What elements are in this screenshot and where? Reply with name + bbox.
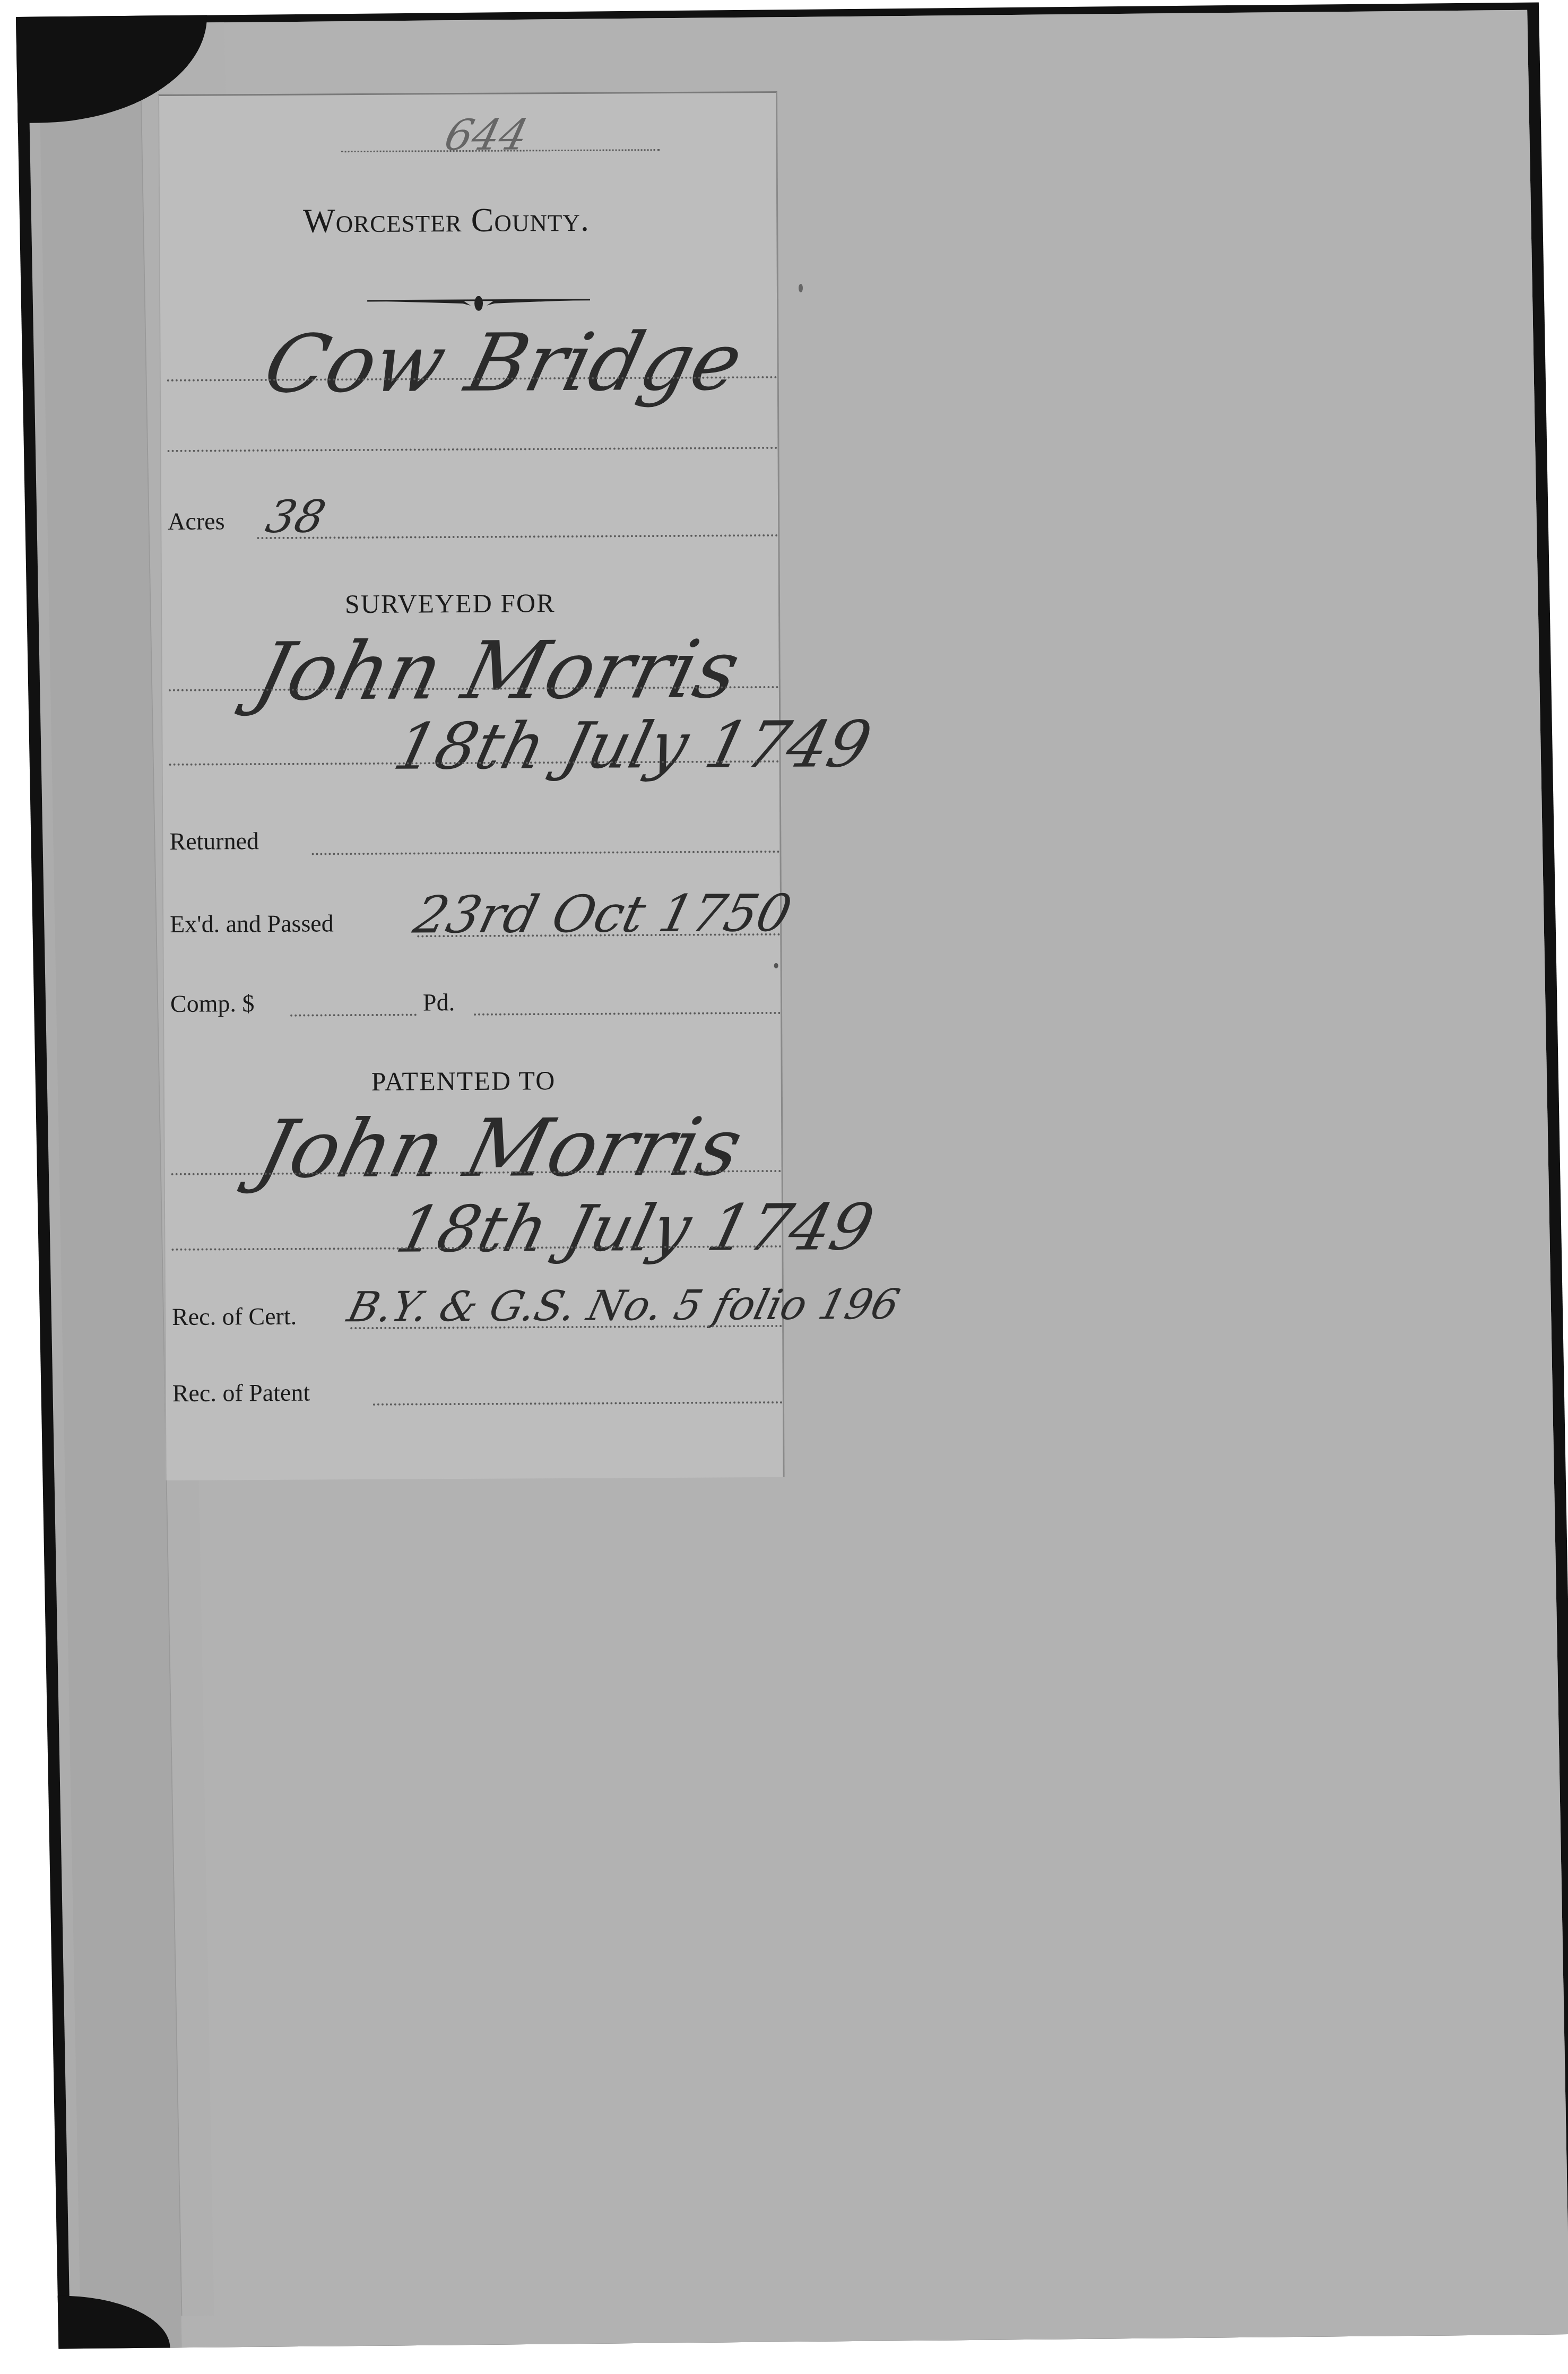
tract-name-line-2 bbox=[168, 447, 778, 452]
acres-line bbox=[257, 534, 778, 539]
comp-label: Comp. $ bbox=[170, 989, 255, 1018]
ink-speck bbox=[774, 963, 778, 968]
survey-record-card: 644 Worcester County. Cow Bridge Acres 3… bbox=[158, 91, 785, 1480]
file-number: 644 bbox=[440, 110, 533, 160]
county-heading: Worcester County. bbox=[303, 200, 590, 241]
surveyed-for-heading: SURVEYED FOR bbox=[345, 587, 556, 619]
exd-passed-label: Ex'd. and Passed bbox=[170, 909, 334, 938]
surveyed-for-date: 18th July 1749 bbox=[387, 708, 878, 784]
patented-to-name: John Morris bbox=[249, 1101, 751, 1196]
surveyed-for-name: John Morris bbox=[246, 623, 748, 718]
returned-label: Returned bbox=[169, 827, 259, 855]
ink-speck bbox=[799, 284, 803, 292]
ornament-divider-icon bbox=[367, 296, 590, 313]
comp-line bbox=[290, 1013, 417, 1016]
rec-patent-label: Rec. of Patent bbox=[172, 1379, 310, 1407]
rec-cert-value: B.Y. & G.S. No. 5 folio 196 bbox=[343, 1281, 904, 1332]
tract-name: Cow Bridge bbox=[255, 316, 751, 411]
pd-label: Pd. bbox=[423, 988, 455, 1016]
rec-cert-label: Rec. of Cert. bbox=[172, 1302, 297, 1331]
pd-line bbox=[474, 1012, 781, 1016]
acres-value: 38 bbox=[261, 490, 331, 543]
acres-label: Acres bbox=[168, 507, 225, 535]
patented-to-date: 18th July 1749 bbox=[389, 1191, 880, 1267]
rec-patent-line bbox=[373, 1401, 783, 1406]
returned-line bbox=[311, 851, 779, 855]
patented-to-heading: PATENTED TO bbox=[371, 1065, 556, 1097]
